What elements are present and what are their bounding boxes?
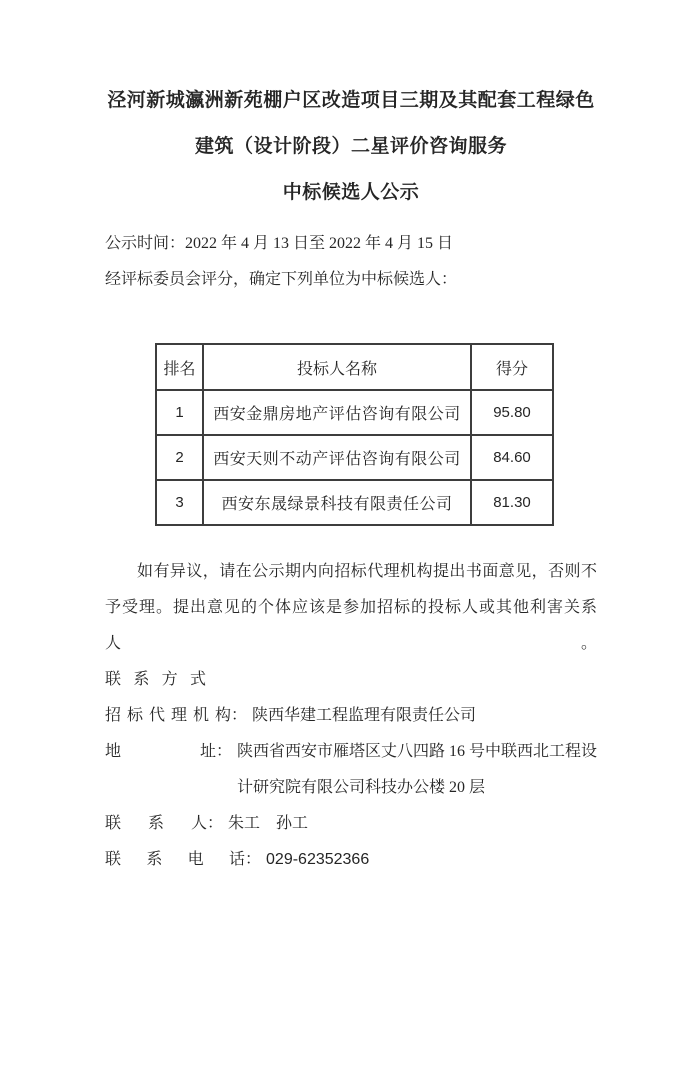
colon: ： xyxy=(245,842,261,878)
rank-cell: 1 xyxy=(156,390,203,435)
contact-person-line: 联系人 ： 朱工 孙工 xyxy=(105,806,597,842)
table-row: 1 西安金鼎房地产评估咨询有限公司 95.80 xyxy=(156,390,553,435)
evaluation-note-line: 经评标委员会评分，确定下列单位为中标候选人： xyxy=(105,262,597,298)
publicity-period-line: 公示时间：2022 年 4 月 13 日至 2022 年 4 月 15 日 xyxy=(105,226,597,262)
colon: ： xyxy=(216,734,232,770)
bidder-column-header: 投标人名称 xyxy=(203,344,471,390)
colon: ： xyxy=(231,698,247,734)
bidder-cell: 西安天则不动产评估咨询有限公司 xyxy=(203,435,471,480)
title-line-3: 中标候选人公示 xyxy=(105,170,597,216)
contact-heading: 联系方式 xyxy=(105,662,597,698)
agency-line: 招标代理机构 ： 陕西华建工程监理有限责任公司 xyxy=(105,698,597,734)
score-cell: 81.30 xyxy=(471,480,553,525)
table-row: 3 西安东晟绿景科技有限责任公司 81.30 xyxy=(156,480,553,525)
contact-section: 联系方式 招标代理机构 ： 陕西华建工程监理有限责任公司 地址 ： 陕西省西安市… xyxy=(105,662,597,878)
phone-line: 联系电话 ： 029-62352366 xyxy=(105,842,597,878)
agency-value: 陕西华建工程监理有限责任公司 xyxy=(252,698,476,734)
objection-line-2: 予受理。提出意见的个体应该是参加招标的投标人或其他利害关系人。 xyxy=(105,590,597,662)
bidder-cell: 西安东晟绿景科技有限责任公司 xyxy=(203,480,471,525)
candidates-table: 排名 投标人名称 得分 1 西安金鼎房地产评估咨询有限公司 95.80 2 西安… xyxy=(155,343,554,526)
contact-person-value: 朱工 孙工 xyxy=(228,806,308,842)
bidder-cell: 西安金鼎房地产评估咨询有限公司 xyxy=(203,390,471,435)
rank-column-header: 排名 xyxy=(156,344,203,390)
table-row: 2 西安天则不动产评估咨询有限公司 84.60 xyxy=(156,435,553,480)
address-line: 地址 ： 陕西省西安市雁塔区丈八四路 16 号中联西北工程设 计研究院有限公司科… xyxy=(105,734,597,806)
address-value: 陕西省西安市雁塔区丈八四路 16 号中联西北工程设 计研究院有限公司科技办公楼 … xyxy=(237,734,597,806)
phone-label: 联系电话 xyxy=(105,842,245,878)
phone-value: 029-62352366 xyxy=(266,842,369,878)
score-cell: 84.60 xyxy=(471,435,553,480)
title-line-1: 泾河新城瀛洲新苑棚户区改造项目三期及其配套工程绿色 xyxy=(105,78,597,124)
document-page: 泾河新城瀛洲新苑棚户区改造项目三期及其配套工程绿色 建筑（设计阶段）二星评价咨询… xyxy=(0,78,700,878)
contact-person-label: 联系人 xyxy=(105,806,207,842)
score-column-header: 得分 xyxy=(471,344,553,390)
rank-cell: 3 xyxy=(156,480,203,525)
title-line-2: 建筑（设计阶段）二星评价咨询服务 xyxy=(105,124,597,170)
table-header-row: 排名 投标人名称 得分 xyxy=(156,344,553,390)
intro-section: 公示时间：2022 年 4 月 13 日至 2022 年 4 月 15 日 经评… xyxy=(105,226,597,298)
rank-cell: 2 xyxy=(156,435,203,480)
score-cell: 95.80 xyxy=(471,390,553,435)
objection-paragraph: 如有异议，请在公示期内向招标代理机构提出书面意见，否则不 予受理。提出意见的个体… xyxy=(105,554,597,662)
objection-line-1: 如有异议，请在公示期内向招标代理机构提出书面意见，否则不 xyxy=(105,554,597,590)
address-value-line-2: 计研究院有限公司科技办公楼 20 层 xyxy=(237,770,597,806)
address-value-line-1: 陕西省西安市雁塔区丈八四路 16 号中联西北工程设 xyxy=(237,734,597,770)
agency-label: 招标代理机构 xyxy=(105,698,231,734)
address-label: 地址 xyxy=(105,734,216,770)
document-title: 泾河新城瀛洲新苑棚户区改造项目三期及其配套工程绿色 建筑（设计阶段）二星评价咨询… xyxy=(105,78,597,216)
colon: ： xyxy=(207,806,223,842)
